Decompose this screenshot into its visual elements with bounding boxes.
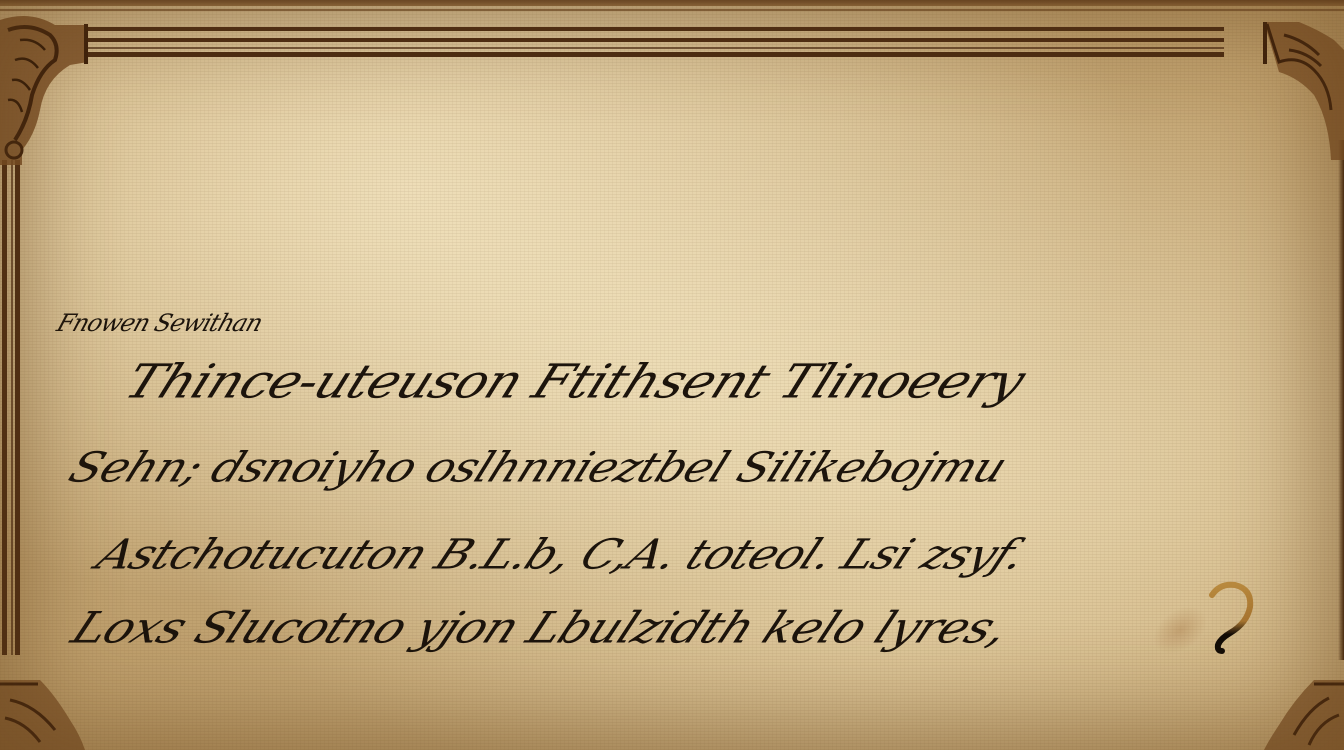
script-line: Thince-uteuson Ftithsent Tlinoeery	[117, 355, 1032, 409]
left-border-line	[2, 160, 7, 655]
script-heading: Fnowen Sewithan	[53, 309, 265, 337]
border-line	[88, 27, 1224, 31]
script-line: Astchotucuton B.L.b, C,A. toteol. Lsi zs…	[89, 530, 1034, 579]
right-border-edge	[1338, 140, 1344, 660]
parchment-card: Fnowen Sewithan Thince-uteuson Ftithsent…	[0, 0, 1344, 750]
left-border-line	[11, 160, 13, 655]
script-line: Loxs Slucotno yjon Lbulzidth kelo lyres,	[64, 603, 1017, 653]
border-line	[88, 38, 1224, 42]
border-line	[88, 47, 1224, 49]
top-edge-line-thin	[0, 9, 1344, 11]
question-mark-icon	[1190, 575, 1260, 655]
border-line	[88, 52, 1224, 57]
ornament-corner-bottom-left-icon	[0, 680, 90, 750]
top-edge-line	[0, 0, 1344, 6]
left-border-line	[15, 160, 20, 655]
ornament-corner-top-left-icon	[0, 0, 95, 170]
top-border	[0, 0, 1344, 60]
ornament-corner-top-right-icon	[1259, 0, 1344, 160]
ornament-corner-bottom-right-icon	[1254, 680, 1344, 750]
script-line: Sehn; dsnoiyho oslhnnieztbel Silikebojmu	[62, 443, 1014, 492]
